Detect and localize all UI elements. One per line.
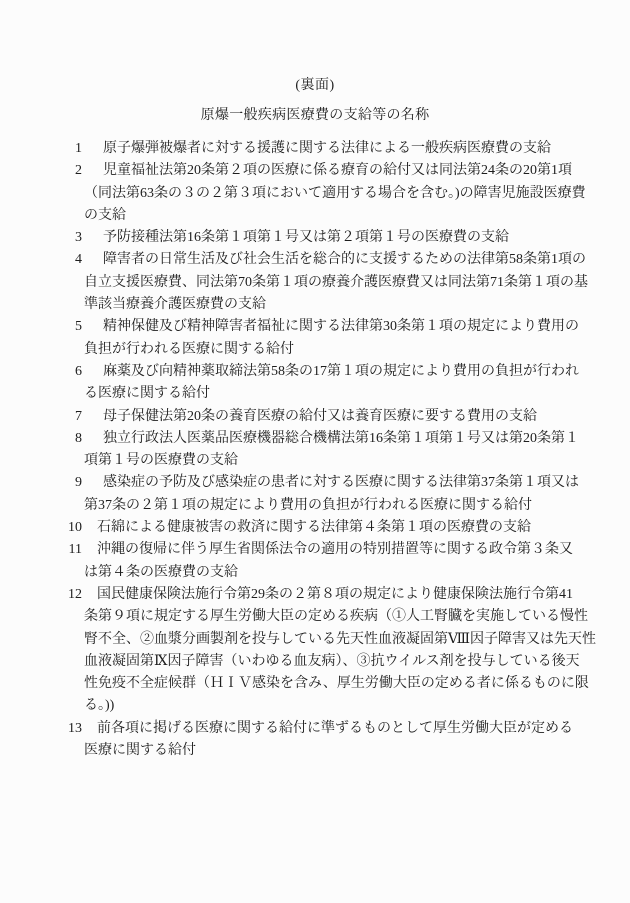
item-number: 11 (68, 539, 82, 561)
page-side-label: (裏面) (0, 74, 630, 94)
list-item: 8 独立行政法人医薬品医療機器総合機構法第16条第１項第１号又は第20条第１ 項… (0, 428, 610, 473)
item-number: 8 (68, 428, 82, 450)
item-number: 10 (68, 517, 82, 539)
item-text-line: 児童福祉法第20条第２項の医療に係る療育の給付又は同法第24条の20第1項 (103, 160, 610, 182)
item-number: 1 (68, 138, 82, 160)
item-number: 2 (68, 160, 82, 182)
item-text-line: 石綿による健康被害の救済に関する法律第４条第１項の医療費の支給 (97, 517, 610, 539)
item-text-line: 腎不全、②血漿分画製剤を投与している先天性血液凝固第Ⅷ因子障害又は先天性 (84, 629, 610, 651)
item-text-line: の支給 (84, 205, 610, 227)
page-title: 原爆一般疾病医療費の支給等の名称 (0, 104, 630, 124)
list-item: 5 精神保健及び精神障害者福祉に関する法律第30条第１項の規定により費用の 負担… (0, 316, 610, 361)
list-item: 1 原子爆弾被爆者に対する援護に関する法律による一般疾病医療費の支給 (0, 138, 610, 160)
item-text-line: 感染症の予防及び感染症の患者に対する医療に関する法律第37条第１項又は (103, 472, 610, 494)
item-text-line: 麻薬及び向精神薬取締法第58条の17第１項の規定により費用の負担が行われ (103, 361, 610, 383)
list-item: 6 麻薬及び向精神薬取締法第58条の17第１項の規定により費用の負担が行われ る… (0, 361, 610, 406)
item-text-line: は第４条の医療費の支給 (84, 562, 610, 584)
item-text-line: 国民健康保険法施行令第29条の２第８項の規定により健康保険法施行令第41 (97, 584, 610, 606)
list-item: 11 沖縄の復帰に伴う厚生省関係法令の適用の特別措置等に関する政令第３条又 は第… (0, 539, 610, 584)
item-number: 6 (68, 361, 82, 383)
item-text-line: 負担が行われる医療に関する給付 (84, 339, 610, 361)
item-text-line: る。)) (84, 695, 610, 717)
item-text-line: 性免疫不全症候群（ＨＩＶ感染を含み、厚生労働大臣の定める者に係るものに限 (84, 673, 610, 695)
item-text-line: 独立行政法人医薬品医療機器総合機構法第16条第１項第１号又は第20条第１ (103, 428, 610, 450)
item-number: 4 (68, 249, 82, 271)
list-item: 7 母子保健法第20条の養育医療の給付又は養育医療に要する費用の支給 (0, 406, 610, 428)
item-text-line: （同法第63条の３の２第３項において適用する場合を含む。)の障害児施設医療費 (84, 183, 610, 205)
list-item: 2 児童福祉法第20条第２項の医療に係る療育の給付又は同法第24条の20第1項 … (0, 160, 610, 227)
item-text-line: 前各項に掲げる医療に関する給付に準ずるものとして厚生労働大臣が定める (97, 718, 610, 740)
item-text-line: 原子爆弾被爆者に対する援護に関する法律による一般疾病医療費の支給 (103, 138, 610, 160)
benefit-list: 1 原子爆弾被爆者に対する援護に関する法律による一般疾病医療費の支給 2 児童福… (0, 138, 610, 762)
item-number: 5 (68, 316, 82, 338)
list-item: 13 前各項に掲げる医療に関する給付に準ずるものとして厚生労働大臣が定める 医療… (0, 718, 610, 763)
item-text-line: 医療に関する給付 (84, 740, 610, 762)
item-text-line: 母子保健法第20条の養育医療の給付又は養育医療に要する費用の支給 (103, 406, 610, 428)
item-text-line: 項第１号の医療費の支給 (84, 450, 610, 472)
item-text-line: 障害者の日常生活及び社会生活を総合的に支援するための法律第58条第1項の (103, 249, 610, 271)
item-text-line: 血液凝固第Ⅸ因子障害（いわゆる血友病）、③抗ウイルス剤を投与している後天 (84, 651, 610, 673)
list-item: 3 予防接種法第16条第１項第１号又は第２項第１号の医療費の支給 (0, 227, 610, 249)
item-number: 9 (68, 472, 82, 494)
document-page: (裏面) 原爆一般疾病医療費の支給等の名称 1 原子爆弾被爆者に対する援護に関す… (0, 0, 630, 903)
item-text-line: 第37条の２第１項の規定により費用の負担が行われる医療に関する給付 (84, 495, 610, 517)
list-item: 10 石綿による健康被害の救済に関する法律第４条第１項の医療費の支給 (0, 517, 610, 539)
list-item: 12 国民健康保険法施行令第29条の２第８項の規定により健康保険法施行令第41 … (0, 584, 610, 718)
item-text-line: 自立支援医療費、同法第70条第１項の療養介護医療費又は同法第71条第１項の基 (84, 272, 610, 294)
item-text-line: 予防接種法第16条第１項第１号又は第２項第１号の医療費の支給 (103, 227, 610, 249)
item-text-line: 条第９項に規定する厚生労働大臣の定める疾病（①人工腎臓を実施している慢性 (84, 606, 610, 628)
item-text-line: 沖縄の復帰に伴う厚生省関係法令の適用の特別措置等に関する政令第３条又 (97, 539, 610, 561)
item-text-line: 精神保健及び精神障害者福祉に関する法律第30条第１項の規定により費用の (103, 316, 610, 338)
item-number: 13 (68, 718, 82, 740)
item-number: 7 (68, 406, 82, 428)
item-number: 3 (68, 227, 82, 249)
item-text-line: る医療に関する給付 (84, 383, 610, 405)
list-item: 9 感染症の予防及び感染症の患者に対する医療に関する法律第37条第１項又は 第3… (0, 472, 610, 517)
list-item: 4 障害者の日常生活及び社会生活を総合的に支援するための法律第58条第1項の 自… (0, 249, 610, 316)
item-number: 12 (68, 584, 82, 606)
item-text-line: 準該当療養介護医療費の支給 (84, 294, 610, 316)
